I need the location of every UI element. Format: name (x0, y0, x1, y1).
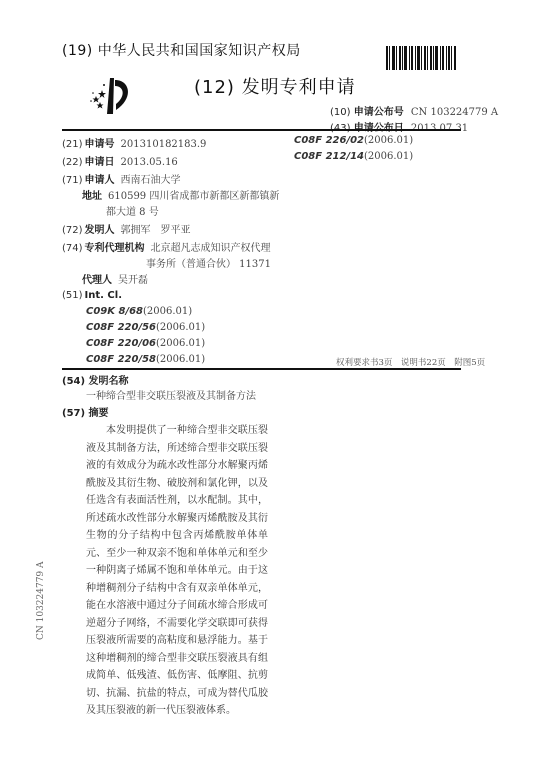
section-divider (62, 368, 461, 370)
ipc-item: C08F 220/58(2006.01) (86, 354, 205, 365)
publication-type: (12) 发明专利申请 (194, 73, 356, 99)
header-divider (62, 129, 461, 131)
field-code: (10) (330, 107, 351, 118)
ipc-item-right: C08F 226/02(2006.01) (294, 135, 413, 146)
applicant: (71)申请人西南石油大学 (62, 171, 181, 186)
int-cl-heading: (51)Int. Cl. (62, 290, 122, 301)
ipc-item: C08F 220/56(2006.01) (86, 322, 205, 333)
page-counts: 权利要求书3页 说明书22页 附图5页 (336, 356, 485, 368)
application-number: (21)申请号201310182183.9 (62, 135, 206, 150)
agent: 代理人吴开磊 (80, 271, 148, 286)
field-value: CN 103224779 A (411, 107, 498, 118)
issuer-name: (19) 中华人民共和国国家知识产权局 (62, 40, 301, 60)
patent-agency-continued: 事务所（普通合伙） 11371 (146, 255, 271, 270)
inventors: (72)发明人郭拥军 罗平亚 (62, 221, 191, 236)
invention-title-heading: (54) 发明名称 (62, 372, 129, 387)
cnipa-logo-icon (86, 76, 138, 116)
barcode-icon (386, 46, 462, 70)
publication-number: (10) 申请公布号 CN 103224779 A (330, 103, 498, 118)
ipc-item: C08F 220/06(2006.01) (86, 338, 205, 349)
address: 地址610599 四川省成都市新都区新都镇新 (80, 187, 279, 202)
filing-date: (22)申请日2013.05.16 (62, 153, 178, 168)
patent-agency: (74)专利代理机构北京超凡志成知识产权代理 (62, 239, 271, 254)
abstract-text: 本发明提供了一种缔合型非交联压裂液及其制备方法，所述缔合型非交联压裂液的有效成分… (86, 422, 268, 720)
abstract-heading: (57) 摘要 (62, 404, 109, 419)
publication-date: (43) 申请公布日 2013.07.31 (330, 119, 468, 134)
invention-title: 一种缔合型非交联压裂液及其制备方法 (86, 387, 256, 402)
address-continued: 都大道 8 号 (106, 203, 159, 218)
side-publication-id: CN 103224779 A (36, 561, 46, 640)
ipc-item: C09K 8/68(2006.01) (86, 306, 192, 317)
ipc-item-right: C08F 212/14(2006.01) (294, 151, 413, 162)
field-label: 申请公布号 (354, 107, 404, 118)
